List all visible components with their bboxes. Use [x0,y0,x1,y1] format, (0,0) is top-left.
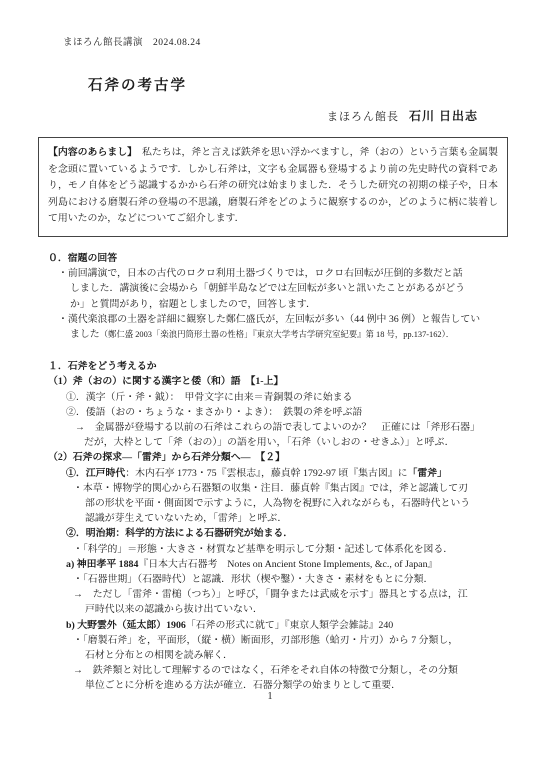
body-line: か」と質問があり，宿題としましたので，回答します． [38,297,508,312]
body-line: 戸時代以来の認識から抜け出ていない． [38,602,508,617]
document-page: まほろん館長講演 2024.08.24 石斧の考古学 まほろん館長石川 日出志 … [0,0,540,764]
body-line: → 鉄斧類と対比して理解するのではなく，石斧をそれ自体の特徴で分類し，その分類 [38,663,508,678]
body-line: 石材と分布との相関を読み解く． [38,648,508,663]
body-line: ②．倭語（おの・ちょうな・まさかり・よき）： 鉄製の斧を呼ぶ語 [38,405,508,420]
body-line: ました（鄭仁盛 2003「楽浪円筒形土器の性格」『東京大学考古学研究室紀要』第 … [38,327,508,342]
page-title: 石斧の考古学 [38,74,508,95]
author-name: 石川 日出志 [409,109,478,123]
body-line: ・漢代楽浪郡の土器を詳細に観察した鄭仁盛氏が，左回転が多い（44 例中 36 例… [38,312,508,327]
body-line: ①．漢字（斤・斧・鉞）： 甲骨文字に由来＝青銅製の斧に始まる [38,390,508,405]
author-role: まほろん館長 [327,111,399,123]
abstract-box: 【内容のあらまし】 私たちは，斧と言えば鉄斧を思い浮かべますし，斧（おの）という… [38,137,508,237]
lecture-header: まほろん館長講演 2024.08.24 [38,34,508,48]
body-line: だが，大枠として「斧（おの）」の語を用い，「石斧（いしおの・せきふ）」と呼ぶ． [38,435,508,450]
body-line: ・「石器世期」（石器時代）と認識．形状（楔や鑿）・大きさ・素材をもとに分類． [38,572,508,587]
body-line: 部の形状を平面・側面図で示すように，人為物を視野に入れながらも，石器時代という [38,496,508,511]
body-line: → ただし「雷斧・雷槌（つち）」と呼び，「闘争または武威を示す」器具とする点は，… [38,587,508,602]
body-line: ・「磨製石斧」を，平面形，（縦・横）断面形，刃部形態（蛤刃・片刃）から 7 分類… [38,633,508,648]
body-line: （1）斧（おの）に関する漢字と倭（和）語 【1-上】 [38,374,508,389]
abstract-text: 私たちは，斧と言えば鉄斧を思い浮かべますし，斧（おの）という言葉も金属製を念頭に… [48,147,498,224]
body-line: （2）石斧の探求―「雷斧」から石斧分類へ― 【２】 [38,450,508,465]
body-line: ０．宿題の回答 [38,251,508,266]
body-line: しました．講演後に会場から「朝鮮半島などでは左回転が多いと訊いたことがあるがどう [38,281,508,296]
body-line: ②．明治期：科学的方法による石器研究が始まる． [38,526,508,541]
body-line: １．石斧をどう考えるか [38,359,508,374]
body-line: 認識が芽生えていないため，「雷斧」と呼ぶ． [38,511,508,526]
body-lines: ０．宿題の回答・前回講演で，日本の古代のロクロ利用土器づくりでは，ロクロ右回転が… [38,251,508,694]
abstract-label: 【内容のあらまし】 [48,147,132,158]
body-line: ・前回講演で，日本の古代のロクロ利用土器づくりでは，ロクロ右回転が圧倒的多数だと… [38,266,508,281]
body-line: → 金属器が登場する以前の石斧はこれらの語で表してよいのか？ 正確には「斧形石器… [38,420,508,435]
body-line: ①．江戸時代：木内石亭 1773・75『雲根志』，藤貞幹 1792-97 頃『集… [38,466,508,481]
author-line: まほろん館長石川 日出志 [38,107,508,124]
body-line: ・「科学的」＝形態・大きさ・材質など基準を明示して分類・記述して体系化を図る． [38,542,508,557]
body-line: a) 神田孝平 1884『日本大古石器考 Notes on Ancient St… [38,557,508,572]
page-number: 1 [0,691,540,702]
body-line: b) 大野雲外（延太郎）1906「石斧の形式に就て」『東京人類学会雑誌』240 [38,618,508,633]
body-line: ・本草・博物学的関心から石器類の収集・注目．藤貞幹『集古図』では，斧と認識して刃 [38,481,508,496]
